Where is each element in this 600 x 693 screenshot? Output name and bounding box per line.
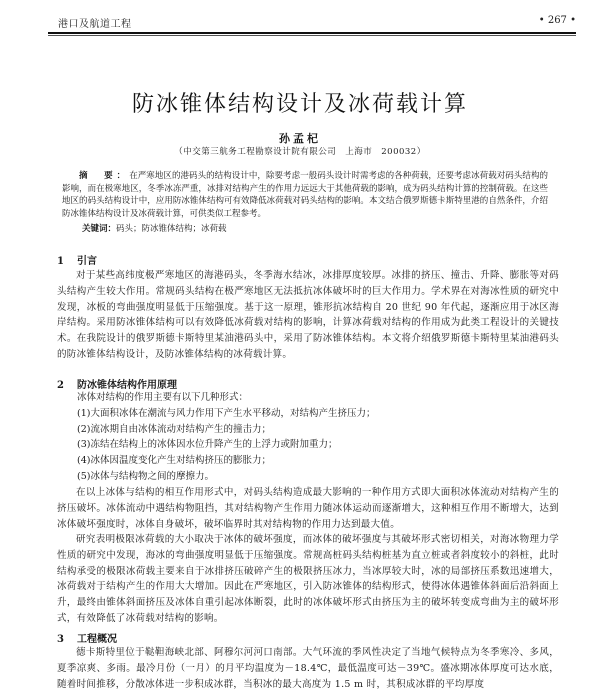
section-heading-3: 3工程概况 xyxy=(57,630,117,645)
abstract-label: 摘 要： xyxy=(79,171,129,181)
section-title: 引言 xyxy=(77,256,97,267)
list-intro: 冰体对结构的作用主要有以下几种形式： xyxy=(77,390,557,406)
section-number: 2 xyxy=(57,380,77,391)
header-rule xyxy=(48,32,576,34)
header-rule-thin xyxy=(48,35,576,36)
section-heading-1: 1引言 xyxy=(57,252,97,267)
section-number: 1 xyxy=(57,256,77,267)
paper-title: 防冰锥体结构设计及冰荷载计算 xyxy=(0,87,600,118)
list-item: (5)冰体与结构物之间的摩擦力。 xyxy=(77,469,557,485)
section-2-paragraph: 研究表明极限冰荷载的大小取决于冰体的破坏强度，而冰体的破坏强度与其破坏形式密切相… xyxy=(57,532,559,627)
ice-action-list: 冰体对结构的作用主要有以下几种形式： (1)大面积冰体在潮流与风力作用下产生水平… xyxy=(77,390,557,485)
author-affiliation: （中交第三航务工程勘察设计院有限公司 上海市 200032） xyxy=(0,145,600,157)
keywords: 关键词：码头；防冰锥体结构；冰荷载 xyxy=(82,222,227,234)
journal-name: 港口及航道工程 xyxy=(58,15,132,30)
section-number: 3 xyxy=(57,634,77,645)
section-3-paragraph: 德卡斯特里位于鞑靼海峡北部、阿穆尔河河口南部。大气环流的季风性决定了当地气候特点… xyxy=(57,645,559,692)
list-item: (3)冻结在结构上的冰体因水位升降产生的上浮力或附加重力； xyxy=(77,437,557,453)
section-title: 工程概况 xyxy=(77,634,117,645)
list-item: (4)冰体因温度变化产生对结构挤压的膨胀力； xyxy=(77,453,557,469)
abstract: 摘 要：在严寒地区的港码头的结构设计中，除要考虑一般码头设计时需考虑的各种荷载，… xyxy=(62,170,548,220)
list-item: (2)流冰期自由冰体流动对结构产生的撞击力； xyxy=(77,422,557,438)
page-number: • 267 • xyxy=(539,15,576,26)
section-1-paragraph: 对于某些高纬度极严寒地区的海港码头，冬季海水结冰，冰排厚度较厚。冰排的挤压、撞击… xyxy=(57,268,559,363)
section-2-paragraph: 在以上冰体与结构的相互作用形式中，对码头结构造成最大影响的一种作用方式即大面积冰… xyxy=(57,485,559,532)
running-header: 港口及航道工程 • 267 • xyxy=(48,0,576,44)
list-item: (1)大面积冰体在潮流与风力作用下产生水平移动，对结构产生挤压力； xyxy=(77,406,557,422)
keywords-label: 关键词： xyxy=(82,224,116,234)
keywords-text: 码头；防冰锥体结构；冰荷载 xyxy=(116,224,227,234)
author-name: 孙孟杞 xyxy=(0,130,600,146)
abstract-text: 在严寒地区的港码头的结构设计中，除要考虑一般码头设计时需考虑的各种荷载，还要考虑… xyxy=(62,171,548,219)
section-heading-2: 2防冰锥体结构作用原理 xyxy=(57,376,177,391)
